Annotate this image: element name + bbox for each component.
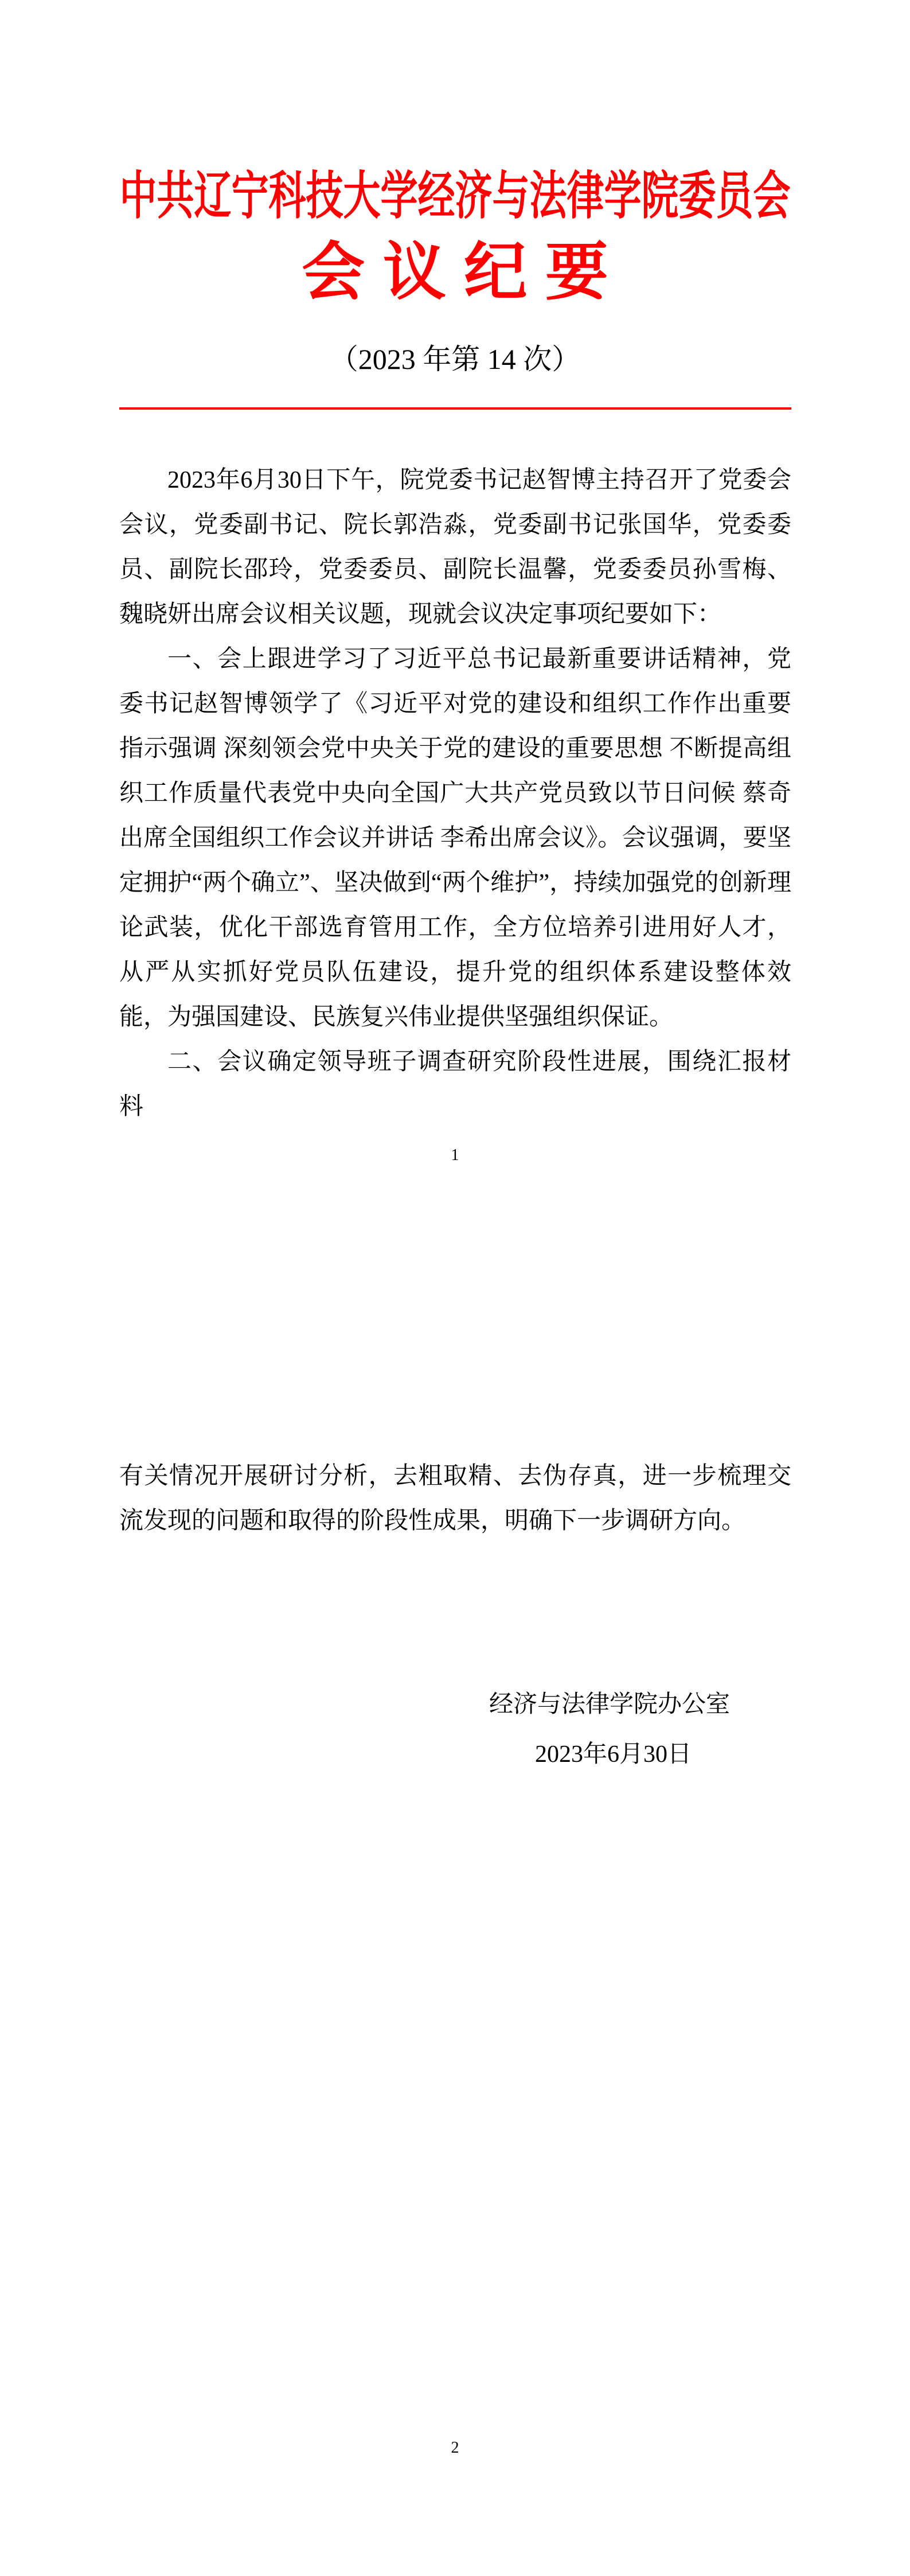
continuation-text: 有关情况开展研讨分析，去粗取精、去伪存真，进一步梳理交流发现的问题和取得的阶段性… [119, 1454, 791, 1543]
page-number-2: 2 [0, 2440, 910, 2456]
paragraph-1: 2023年6月30日下午，院党委书记赵智博主持召开了党委会会议，党委副书记、院长… [119, 458, 791, 637]
red-divider-line [119, 407, 791, 410]
page-number-1: 1 [0, 1147, 910, 1164]
page-1: 中共辽宁科技大学经济与法律学院委员会 会 议 纪 要 （2023 年第 14 次… [0, 0, 910, 1288]
org-title: 中共辽宁科技大学经济与法律学院委员会 [0, 170, 910, 221]
paragraph-3: 二、会议确定领导班子调查研究阶段性进展，围绕汇报材料 [119, 1040, 791, 1129]
paragraph-2: 一、会上跟进学习了习近平总书记最新重要讲话精神，党委书记赵智博领学了《习近平对党… [119, 637, 791, 1040]
body-text: 2023年6月30日下午，院党委书记赵智博主持召开了党委会会议，党委副书记、院长… [119, 458, 791, 1129]
document-canvas: 中共辽宁科技大学经济与法律学院委员会 会 议 纪 要 （2023 年第 14 次… [0, 0, 910, 2576]
paragraph-3-continuation: 有关情况开展研讨分析，去粗取精、去伪存真，进一步梳理交流发现的问题和取得的阶段性… [119, 1454, 791, 1543]
signature-office: 经济与法律学院办公室 [489, 1692, 730, 1717]
doc-title: 会 议 纪 要 [0, 241, 910, 304]
page-2: 有关情况开展研讨分析，去粗取精、去伪存真，进一步梳理交流发现的问题和取得的阶段性… [0, 1288, 910, 2576]
issue-number: （2023 年第 14 次） [0, 343, 910, 376]
signature-date: 2023年6月30日 [535, 1742, 692, 1766]
